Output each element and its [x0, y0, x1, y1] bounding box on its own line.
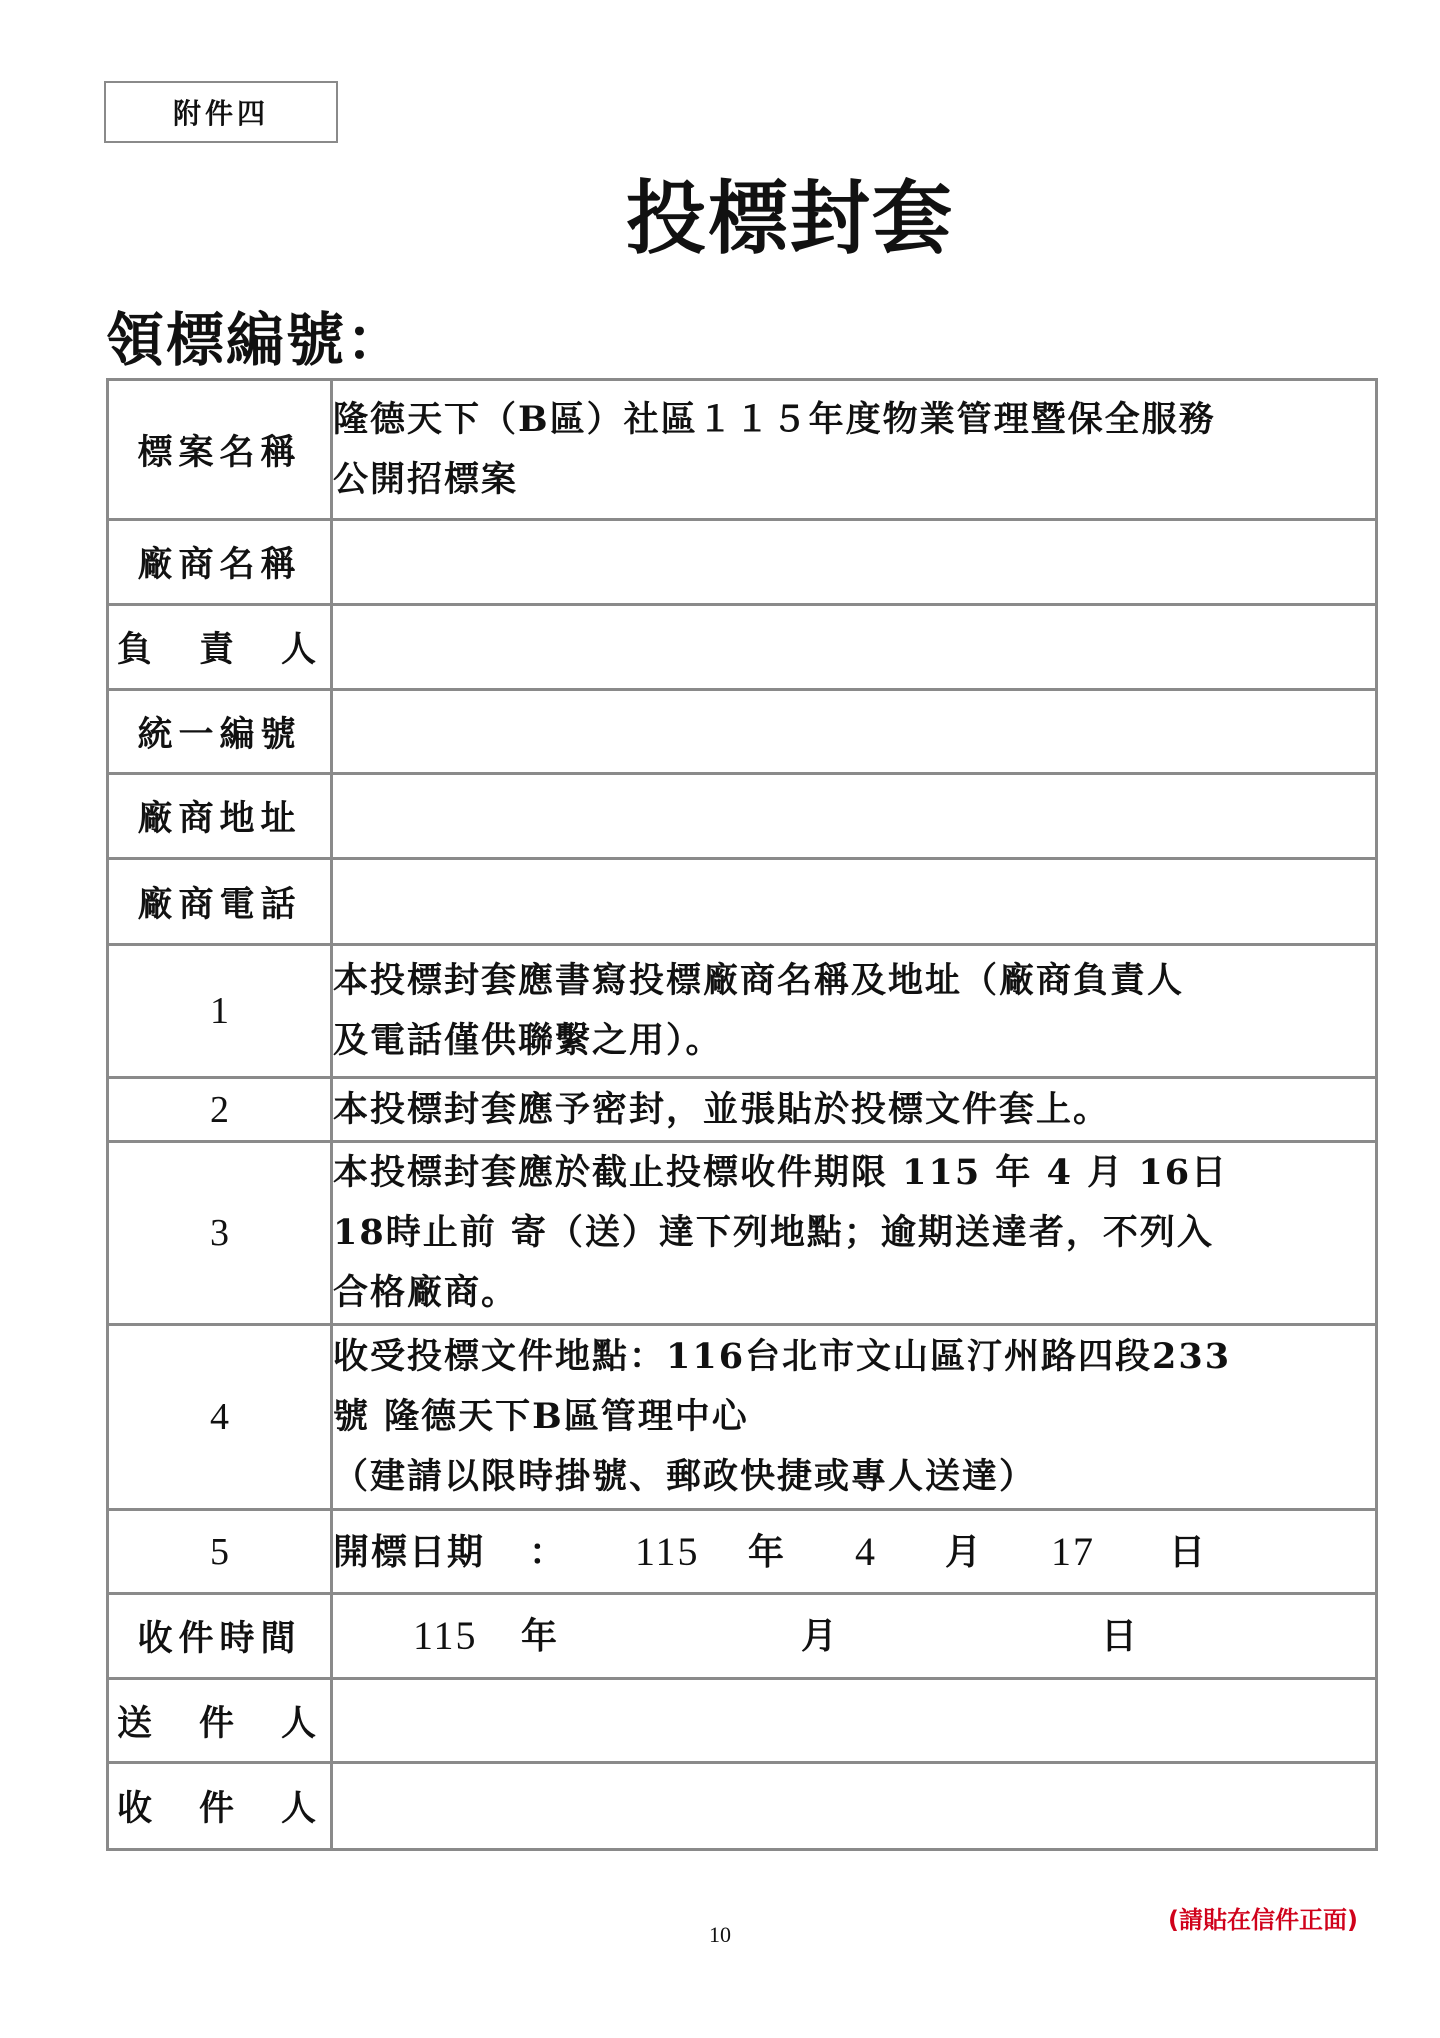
receipt-time-cell[interactable]: 115 年 月 日 [332, 1594, 1377, 1679]
opening-month: 4 [855, 1522, 877, 1582]
row-receipt-time: 收件時間 115 年 月 日 [108, 1594, 1377, 1679]
vendor-address-field[interactable] [332, 774, 1377, 859]
opening-date-colon: ： [529, 1522, 567, 1582]
tender-envelope-form: 標案名稱 隆德天下（B區）社區１１５年度物業管理暨保全服務 公開招標案 廠商名稱… [106, 378, 1378, 1851]
row-tender-name: 標案名稱 隆德天下（B區）社區１１５年度物業管理暨保全服務 公開招標案 [108, 380, 1377, 520]
annex-label: 附件四 [173, 92, 269, 132]
note-1-text: 本投標封套應書寫投標廠商名稱及地址（廠商負責人 及電話僅供聯繫之用）。 [332, 945, 1377, 1078]
opening-year-unit: 年 [748, 1522, 786, 1582]
row-note-4: 4 收受投標文件地點：116台北市文山區汀州路四段233 號 隆德天下B區管理中… [108, 1325, 1377, 1510]
row-note-1: 1 本投標封套應書寫投標廠商名稱及地址（廠商負責人 及電話僅供聯繫之用）。 [108, 945, 1377, 1078]
note-1-line-2: 及電話僅供聯繫之用）。 [333, 1011, 1375, 1071]
opening-year: 115 [635, 1522, 700, 1582]
row-vendor-phone: 廠商電話 [108, 859, 1377, 945]
page-title: 投標封套 [0, 168, 1440, 268]
note-3-line-1: 本投標封套應於截止投標收件期限 115 年 4 月 16日 [333, 1143, 1375, 1203]
note-number-3: 3 [108, 1142, 332, 1325]
receipt-year: 115 [413, 1606, 478, 1666]
tender-name-line-2: 公開招標案 [333, 450, 1375, 510]
label-vendor-address: 廠商地址 [108, 774, 332, 859]
row-sender: 送 件 人 [108, 1679, 1377, 1763]
label-recipient: 收 件 人 [108, 1763, 332, 1850]
row-vendor-name: 廠商名稱 [108, 520, 1377, 605]
receipt-year-unit: 年 [521, 1606, 559, 1666]
receipt-month-unit: 月 [801, 1606, 839, 1666]
note-3-line-2: 18時止前 寄（送）達下列地點；逾期送達者，不列入 [333, 1203, 1375, 1263]
label-responsible-person: 負 責 人 [108, 605, 332, 690]
label-vendor-name: 廠商名稱 [108, 520, 332, 605]
row-tax-id: 統一編號 [108, 690, 1377, 774]
note-2-line-1: 本投標封套應予密封，並張貼於投標文件套上。 [333, 1080, 1375, 1140]
label-tax-id: 統一編號 [108, 690, 332, 774]
note-1-line-1: 本投標封套應書寫投標廠商名稱及地址（廠商負責人 [333, 951, 1375, 1011]
recipient-field[interactable] [332, 1763, 1377, 1850]
opening-month-unit: 月 [945, 1522, 983, 1582]
tax-id-field[interactable] [332, 690, 1377, 774]
note-4-line-3: （建請以限時掛號、郵政快捷或專人送達） [333, 1447, 1375, 1507]
note-number-2: 2 [108, 1078, 332, 1142]
row-recipient: 收 件 人 [108, 1763, 1377, 1850]
row-responsible-person: 負 責 人 [108, 605, 1377, 690]
opening-day-unit: 日 [1169, 1522, 1207, 1582]
vendor-name-field[interactable] [332, 520, 1377, 605]
vendor-phone-field[interactable] [332, 859, 1377, 945]
row-note-3: 3 本投標封套應於截止投標收件期限 115 年 4 月 16日 18時止前 寄（… [108, 1142, 1377, 1325]
value-tender-name: 隆德天下（B區）社區１１５年度物業管理暨保全服務 公開招標案 [332, 380, 1377, 520]
opening-date-cell: 開標日期 ： 115 年 4 月 17 日 [332, 1510, 1377, 1594]
responsible-person-field[interactable] [332, 605, 1377, 690]
note-3-line-3: 合格廠商。 [333, 1263, 1375, 1323]
paste-on-front-note: (請貼在信件正面) [1168, 1900, 1358, 1940]
note-number-4: 4 [108, 1325, 332, 1510]
annex-label-box: 附件四 [104, 81, 338, 143]
opening-day: 17 [1051, 1522, 1095, 1582]
tender-name-line-1: 隆德天下（B區）社區１１５年度物業管理暨保全服務 [333, 390, 1375, 450]
label-receipt-time: 收件時間 [108, 1594, 332, 1679]
note-number-1: 1 [108, 945, 332, 1078]
label-vendor-phone: 廠商電話 [108, 859, 332, 945]
tender-number-label: 領標編號： [106, 300, 406, 380]
row-note-2: 2 本投標封套應予密封，並張貼於投標文件套上。 [108, 1078, 1377, 1142]
note-4-line-1: 收受投標文件地點：116台北市文山區汀州路四段233 [333, 1327, 1375, 1387]
label-sender: 送 件 人 [108, 1679, 332, 1763]
row-vendor-address: 廠商地址 [108, 774, 1377, 859]
note-4-text: 收受投標文件地點：116台北市文山區汀州路四段233 號 隆德天下B區管理中心 … [332, 1325, 1377, 1510]
note-3-text: 本投標封套應於截止投標收件期限 115 年 4 月 16日 18時止前 寄（送）… [332, 1142, 1377, 1325]
receipt-day-unit: 日 [1101, 1606, 1139, 1666]
note-2-text: 本投標封套應予密封，並張貼於投標文件套上。 [332, 1078, 1377, 1142]
row-opening-date: 5 開標日期 ： 115 年 4 月 17 日 [108, 1510, 1377, 1594]
opening-date-prefix: 開標日期 [333, 1522, 485, 1582]
page-number: 10 [700, 1922, 740, 1948]
note-number-5: 5 [108, 1510, 332, 1594]
note-4-line-2: 號 隆德天下B區管理中心 [333, 1387, 1375, 1447]
label-tender-name: 標案名稱 [108, 380, 332, 520]
sender-field[interactable] [332, 1679, 1377, 1763]
